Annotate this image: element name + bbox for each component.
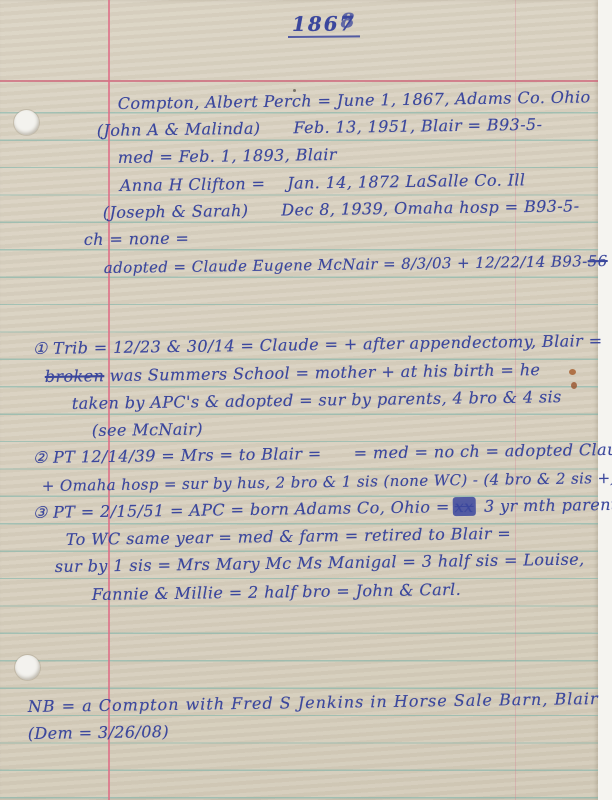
note1-line4: (see McNair) xyxy=(92,418,203,442)
stain-spot xyxy=(571,382,577,389)
year-base: 186 xyxy=(292,12,340,36)
struck-text: 56 xyxy=(588,252,608,270)
hole-punch-top xyxy=(14,110,39,135)
header-rule-line xyxy=(0,80,598,82)
footnote-line2: (Dem = 3/26/08) xyxy=(28,721,170,745)
page-title-year: 18687 xyxy=(288,12,360,38)
hole-punch-bottom xyxy=(15,655,40,680)
record-line-children: ch = none = xyxy=(84,228,190,251)
ruled-paper: 18687 Compton, Albert Perch = June 1, 18… xyxy=(0,0,598,800)
blotted-out-word: xx xyxy=(453,497,476,516)
scanned-notebook-page: 18687 Compton, Albert Perch = June 1, 18… xyxy=(0,0,612,800)
year-overwritten-digit: 87 xyxy=(340,12,356,34)
stain-spot xyxy=(569,369,576,375)
struck-text: broken xyxy=(45,366,105,386)
record-line-marriage: med = Feb. 1, 1893, Blair xyxy=(118,144,337,169)
